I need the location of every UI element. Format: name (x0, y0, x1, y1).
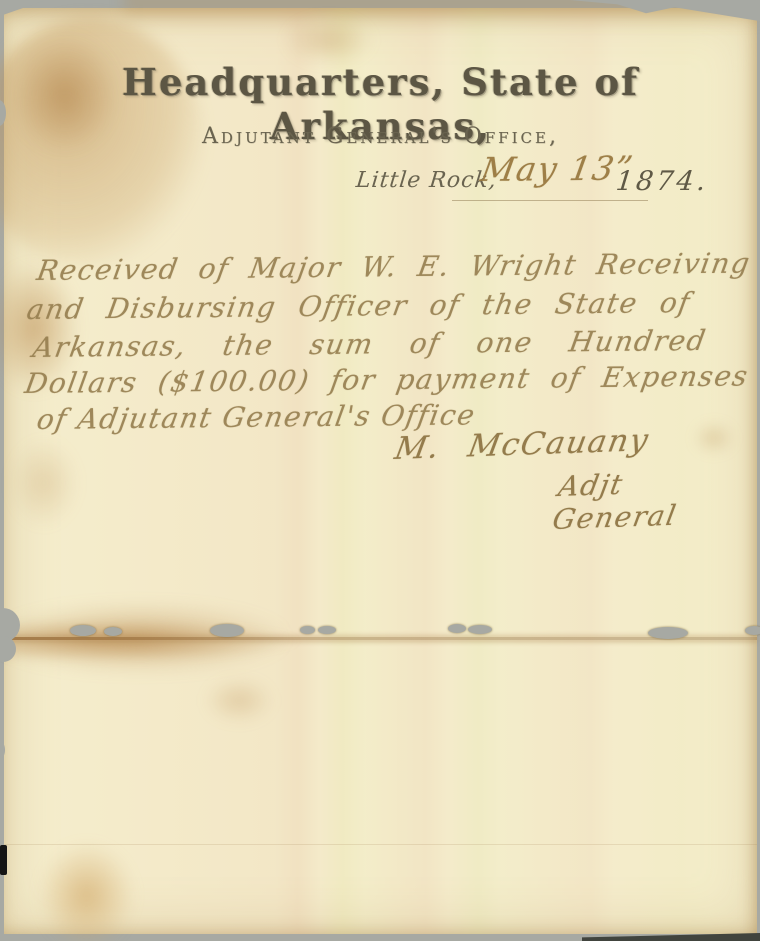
signature-name: M. McCauany (392, 422, 652, 467)
tear-hole (468, 625, 492, 634)
letterhead-place: Little Rock, (355, 168, 498, 193)
handwritten-date: May 13” (478, 148, 637, 189)
paper-sheet: Headquarters, State of Arkansas, Adjutan… (4, 8, 757, 934)
tear-hole (210, 624, 244, 637)
letterhead-office: Adjutant General's Office, (4, 124, 757, 149)
fold-line (4, 637, 757, 640)
tear-hole (448, 624, 466, 633)
scanner-bed-strip (582, 933, 760, 941)
tear-hole (648, 627, 688, 639)
tear-hole (104, 627, 122, 636)
date-underline (452, 200, 648, 201)
body-line-4: Dollars ($100.00) for payment of Expense… (22, 357, 752, 403)
tear-hole (300, 626, 315, 634)
tear-hole (70, 625, 96, 636)
edge-dark-mark (0, 845, 7, 875)
fold-shading (4, 620, 304, 662)
scanned-document: Headquarters, State of Arkansas, Adjutan… (0, 0, 760, 941)
stain-left-lower (9, 438, 79, 528)
lower-crease (4, 844, 757, 845)
tear-hole (745, 626, 760, 635)
signature-title: Adjt General (550, 464, 741, 536)
printed-year: 1874. (614, 166, 710, 197)
stain-right-small (694, 423, 734, 453)
tear-hole (318, 626, 336, 634)
body-line-1: Received of Major W. E. Wright Receiving (34, 245, 754, 290)
stain-below-fold (204, 678, 274, 723)
stain-bottom-left (39, 843, 134, 941)
stain-top-center (284, 16, 374, 64)
